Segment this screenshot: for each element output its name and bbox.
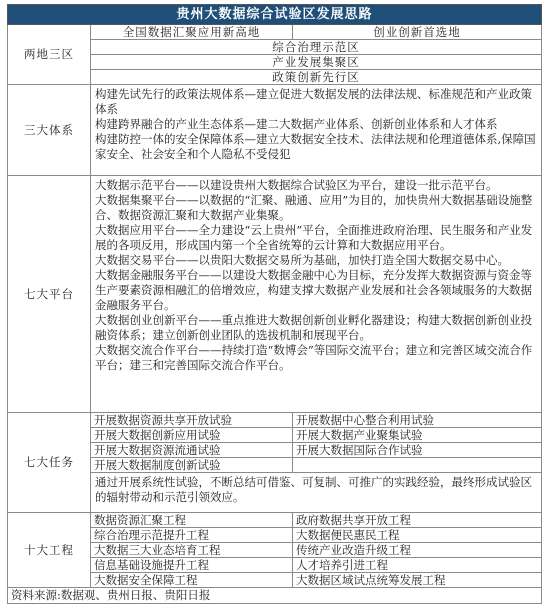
strategy-table: 贵州大数据综合试验区发展思路 两地三区 全国数据汇聚应用新高地 创业创新首选地 …: [7, 4, 542, 604]
platform-line: 大数据集聚平台——以数据的“汇聚、融通、应用”为目的，加快贵州大数据基础设施整合…: [95, 193, 537, 223]
project-cell: 大数据便民惠民工程: [293, 528, 542, 543]
task-cell: 开展数据中心整合利用试验: [293, 413, 542, 428]
task-cell: 开展大数据产业聚集试验: [293, 428, 542, 443]
category-three-systems: 三大体系: [8, 85, 91, 176]
platform-line: 大数据创业创新平台——重点推进大数据创新创业孵化器建设；构建大数据创新创业投融资…: [95, 313, 537, 343]
platform-line: 大数据交易平台——以贵阳大数据交易所为基础，加快打造全国大数据交易中心。: [95, 253, 537, 268]
category-seven-platforms: 七大平台: [8, 176, 91, 413]
systems-content: 构建先试先行的政策法规体系—建立促进大数据发展的法律法规、标准规范和产业政策体系…: [91, 85, 542, 176]
project-cell: 大数据区域试点统筹发展工程: [293, 573, 542, 588]
project-cell: 综合治理示范提升工程: [91, 528, 293, 543]
category-ten-projects: 十大工程: [8, 513, 91, 588]
platform-line: 大数据应用平台——全力建设“云上贵州”平台，全面推进政府治理、民生服务和产业发展…: [95, 223, 537, 253]
strategy-table-container: 贵州大数据综合试验区发展思路 两地三区 全国数据汇聚应用新高地 创业创新首选地 …: [7, 4, 541, 604]
source-note: 资料来源:数据观、贵州日报、贵阳日报: [8, 588, 542, 604]
tasks-summary: 通过开展系统性试验，不断总结可借鉴、可复制、可推广的实践经验，最终形成试验区的辐…: [91, 473, 542, 513]
system-line: 构建跨界融合的产业生态体系—建二大数据产业体系、创新创业体系和人才体系: [95, 117, 537, 132]
project-cell: 大数据三大业态培育工程: [91, 543, 293, 558]
task-cell: 开展大数据创新应用试验: [91, 428, 293, 443]
category-two-three: 两地三区: [8, 25, 91, 85]
system-line: 构建先试先行的政策法规体系—建立促进大数据发展的法律法规、标准规范和产业政策体系: [95, 87, 537, 117]
platforms-content: 大数据示范平台——以建设贵州大数据综合试验区为平台，建设一批示范平台。 大数据集…: [91, 176, 542, 413]
task-cell: 开展数据资源共享开放试验: [91, 413, 293, 428]
task-cell: 开展大数据制度创新试验: [91, 458, 293, 473]
project-cell: 数据资源汇聚工程: [91, 513, 293, 528]
startup-cell: 创业创新首选地: [293, 25, 542, 40]
task-cell: 开展大数据国际合作试验: [293, 443, 542, 458]
project-cell: 大数据安全保障工程: [91, 573, 293, 588]
project-cell: 政府数据共享开放工程: [293, 513, 542, 528]
table-title: 贵州大数据综合试验区发展思路: [8, 5, 542, 25]
project-cell: 传统产业改造升级工程: [293, 543, 542, 558]
category-seven-tasks: 七大任务: [8, 413, 91, 513]
platform-line: 大数据交流合作平台——持续打造“数博会”等国际交流平台；建立和完善区域交流合作平…: [95, 343, 537, 373]
system-line: 构建防控一体的安全保障体系—建立大数据安全技术、法律法规和伦理道德体系,保障国家…: [95, 132, 537, 162]
platform-line: 大数据金融服务平台——以建设大数据金融中心为目标，充分发挥大数据资源与资金等生产…: [95, 268, 537, 313]
zone-cell: 产业发展集聚区: [91, 55, 542, 70]
zone-cell: 综合治理示范区: [91, 40, 542, 55]
highland-cell: 全国数据汇聚应用新高地: [91, 25, 293, 40]
project-cell: 人才培养引进工程: [293, 558, 542, 573]
task-cell-empty: [293, 458, 542, 473]
project-cell: 信息基础设施提升工程: [91, 558, 293, 573]
platform-line: 大数据示范平台——以建设贵州大数据综合试验区为平台，建设一批示范平台。: [95, 178, 537, 193]
task-cell: 开展大数据资源流通试验: [91, 443, 293, 458]
zone-cell: 政策创新先行区: [91, 70, 542, 85]
